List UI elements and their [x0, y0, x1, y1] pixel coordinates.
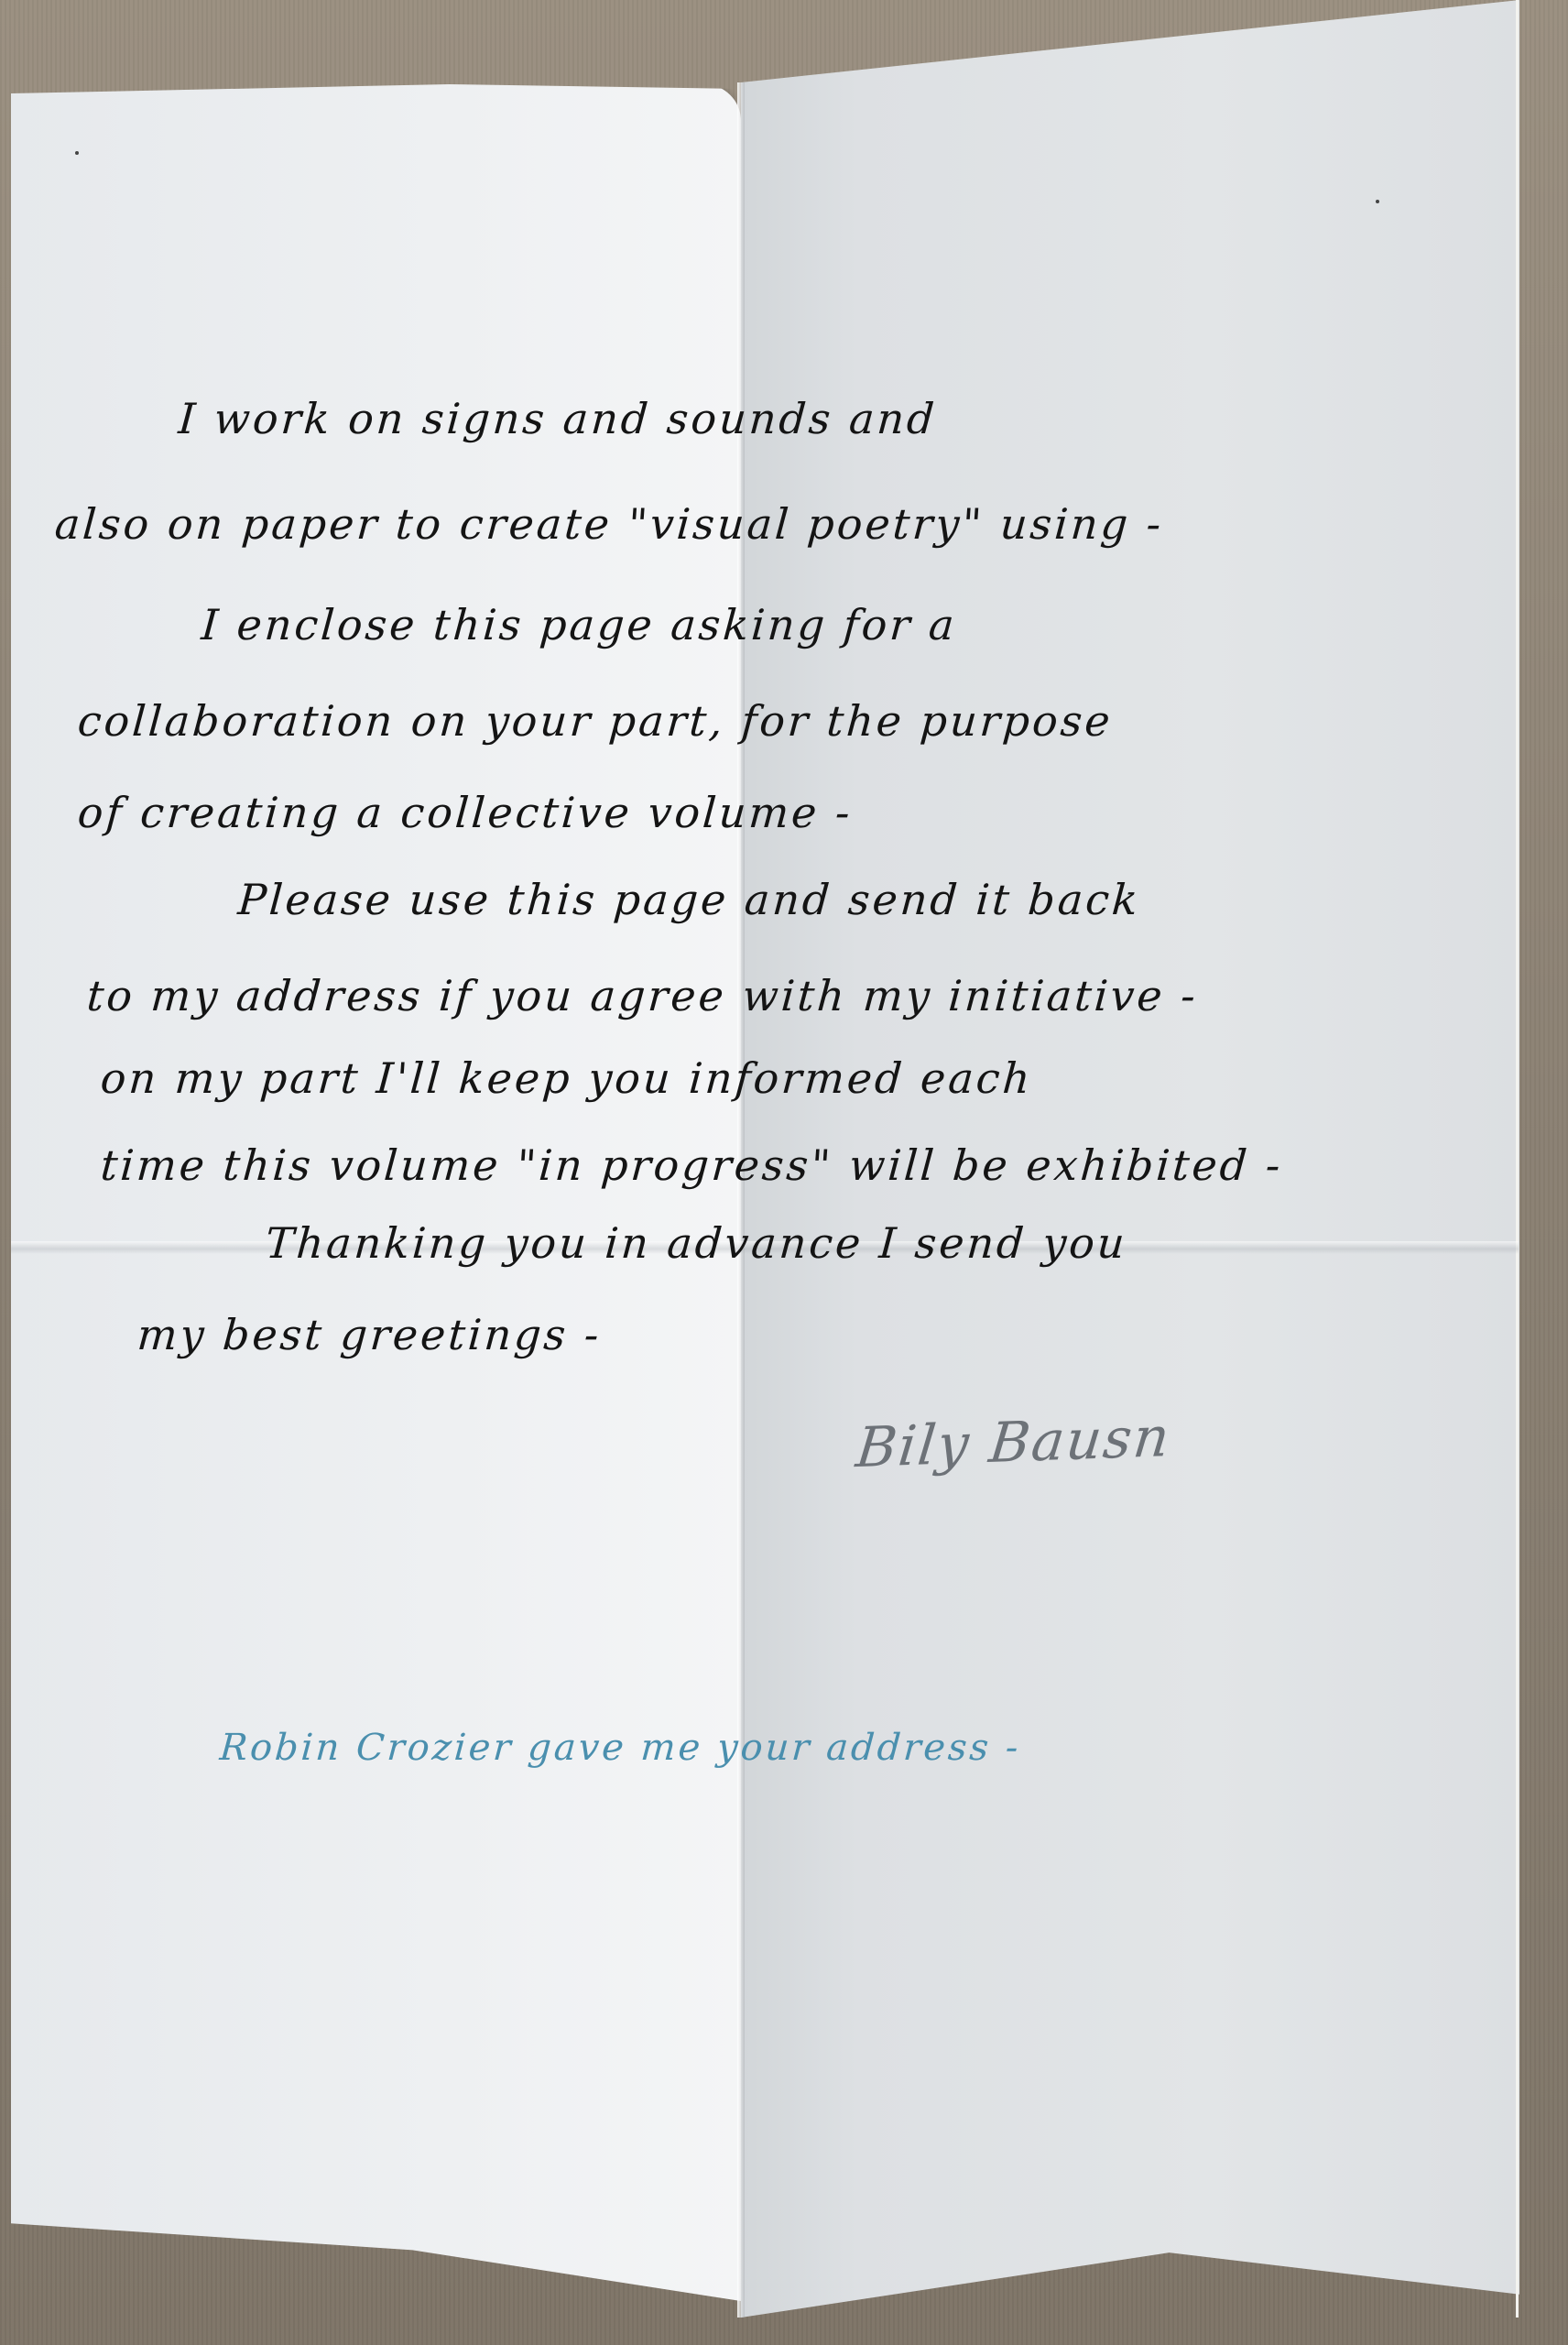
letter-line: of creating a collective volume - [76, 788, 854, 837]
letter-line: on my part I'll keep you informed each [99, 1053, 1034, 1103]
postscript: Robin Crozier gave me your address - [218, 1727, 1022, 1769]
letter-line: time this volume "in progress" will be e… [99, 1140, 1284, 1190]
letter-line: I enclose this page asking for a [200, 600, 958, 649]
letter-line: collaboration on your part, for the purp… [76, 696, 1115, 746]
letter-content: I work on signs and sounds and also on p… [0, 0, 1568, 2345]
signature: Bily Bausn [853, 1405, 1174, 1480]
letter-line: Thanking you in advance I send you [264, 1218, 1128, 1268]
letter-line: also on paper to create "visual poetry" … [53, 499, 1165, 549]
letter-line: my best greetings - [136, 1310, 603, 1359]
letter-line: to my address if you agree with my initi… [85, 971, 1200, 1020]
letter-line: I work on signs and sounds and [177, 394, 939, 443]
letter-line: Please use this page and send it back [236, 875, 1142, 924]
